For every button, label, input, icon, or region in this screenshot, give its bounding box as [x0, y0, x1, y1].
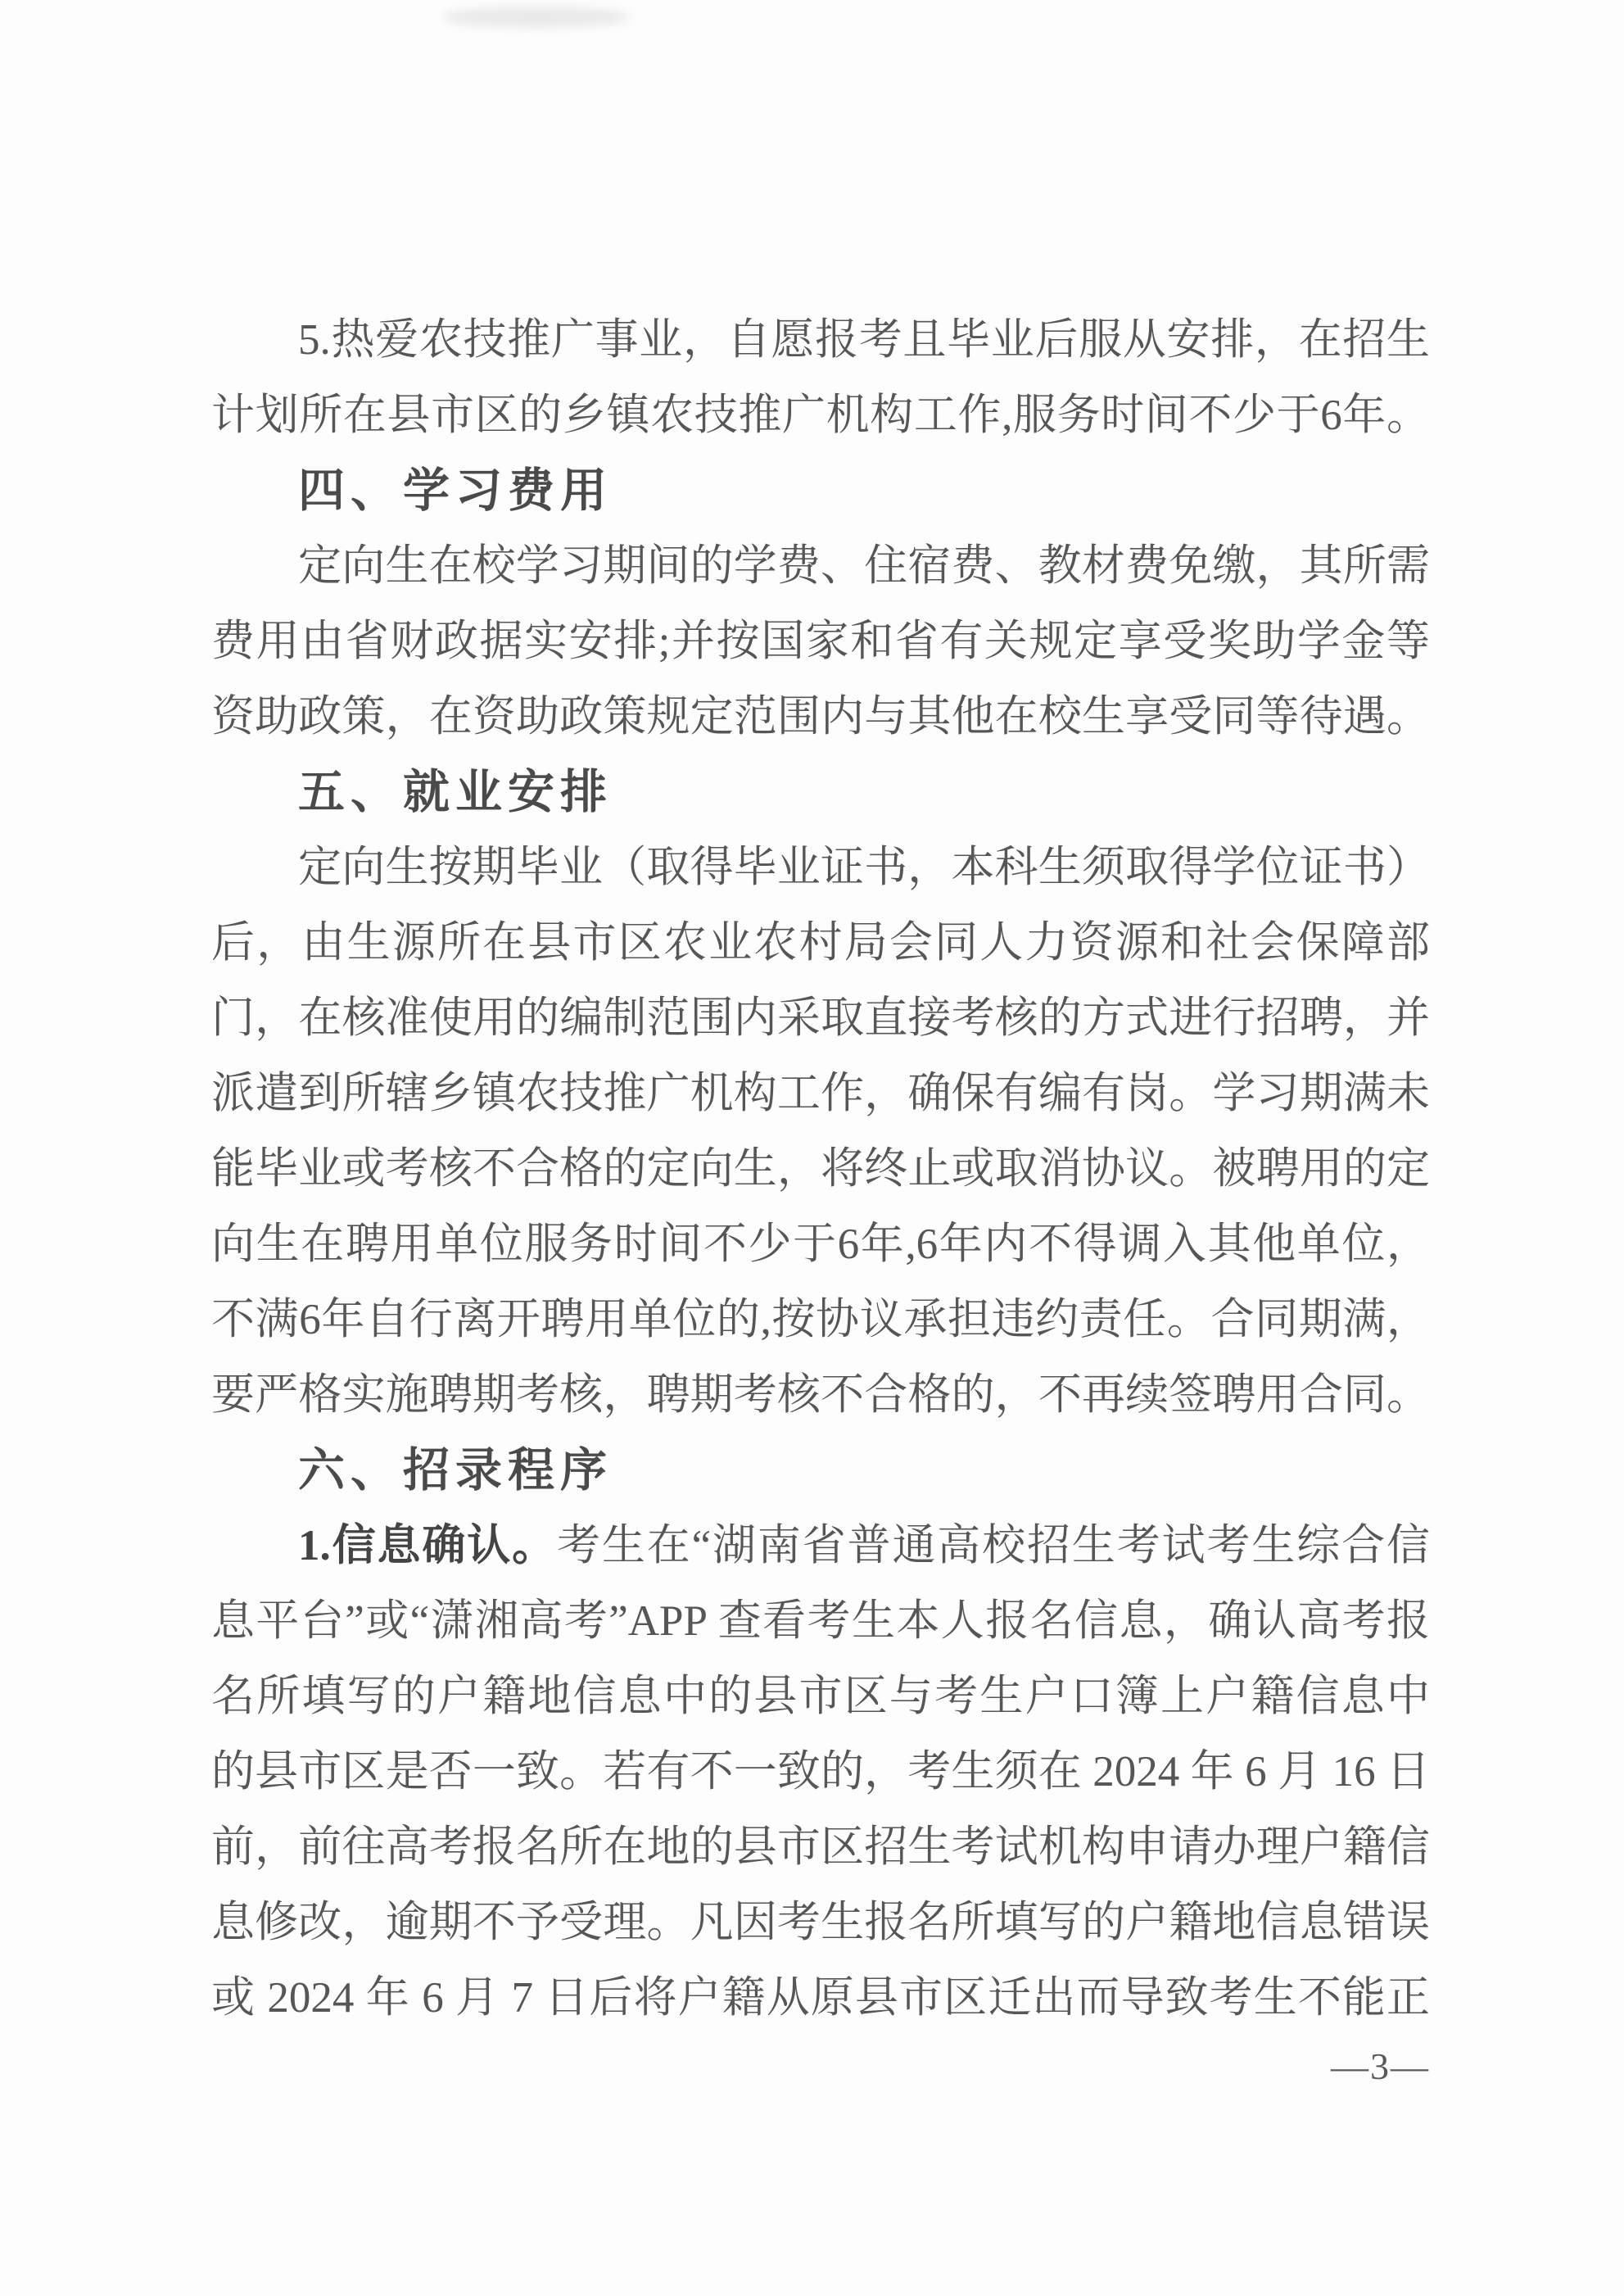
text-line: 能毕业或考核不合格的定向生，将终止或取消协议。被聘用的定: [211, 1131, 1430, 1207]
text-line: 或 2024 年 6 月 7 日后将户籍从原县市区迁出而导致考生不能正: [211, 1960, 1430, 2036]
bold-lead-text: 1.信息确认。: [298, 1522, 557, 1569]
text-line: 门，在核准使用的编制范围内采取直接考核的方式进行招聘，并: [211, 980, 1430, 1056]
section-heading: 六、招录程序: [211, 1433, 1430, 1508]
text-line: 后，由生源所在县市区农业农村局会同人力资源和社会保障部: [211, 905, 1430, 980]
text-line: 前，前往高考报名所在地的县市区招生考试机构申请办理户籍信: [211, 1809, 1430, 1885]
text-line: 派遣到所辖乡镇农技推广机构工作，确保有编有岗。学习期满未: [211, 1056, 1430, 1131]
text-line: 资助政策，在资助政策规定范围内与其他在校生享受同等待遇。: [211, 679, 1430, 754]
text-line: 定向生按期毕业（取得毕业证书，本科生须取得学位证书）: [211, 830, 1430, 905]
scan-artifact: [442, 7, 631, 28]
text-line: 1.信息确认。考生在“湖南省普通高校招生考试考生综合信: [211, 1508, 1430, 1583]
text-line: 息修改，逾期不予受理。凡因考生报名所填写的户籍地信息错误: [211, 1885, 1430, 1960]
text-line: 不满6年自行离开聘用单位的,按协议承担违约责任。合同期满，: [211, 1282, 1430, 1357]
text-line: 向生在聘用单位服务时间不少于6年,6年内不得调入其他单位，: [211, 1207, 1430, 1282]
text-line: 要严格实施聘期考核，聘期考核不合格的，不再续签聘用合同。: [211, 1357, 1430, 1433]
document-page: 5.热爱农技推广事业，自愿报考且毕业后服从安排，在招生计划所在县市区的乡镇农技推…: [0, 0, 1624, 2296]
section-heading: 五、就业安排: [211, 754, 1430, 830]
text-line: 计划所在县市区的乡镇农技推广机构工作,服务时间不少于6年。: [211, 378, 1430, 453]
document-body: 5.热爱农技推广事业，自愿报考且毕业后服从安排，在招生计划所在县市区的乡镇农技推…: [211, 302, 1430, 2036]
page-number: —3—: [1331, 2045, 1430, 2088]
text-line: 的县市区是否一致。若有不一致的，考生须在 2024 年 6 月 16 日: [211, 1734, 1430, 1809]
text-line: 名所填写的户籍地信息中的县市区与考生户口簿上户籍信息中: [211, 1659, 1430, 1734]
line-text: 考生在“湖南省普通高校招生考试考生综合信: [557, 1522, 1430, 1569]
text-line: 息平台”或“潇湘高考”APP 查看考生本人报名信息，确认高考报: [211, 1583, 1430, 1659]
text-line: 定向生在校学习期间的学费、住宿费、教材费免缴，其所需: [211, 528, 1430, 604]
text-line: 费用由省财政据实安排;并按国家和省有关规定享受奖助学金等: [211, 604, 1430, 679]
section-heading: 四、学习费用: [211, 453, 1430, 528]
text-line: 5.热爱农技推广事业，自愿报考且毕业后服从安排，在招生: [211, 302, 1430, 378]
